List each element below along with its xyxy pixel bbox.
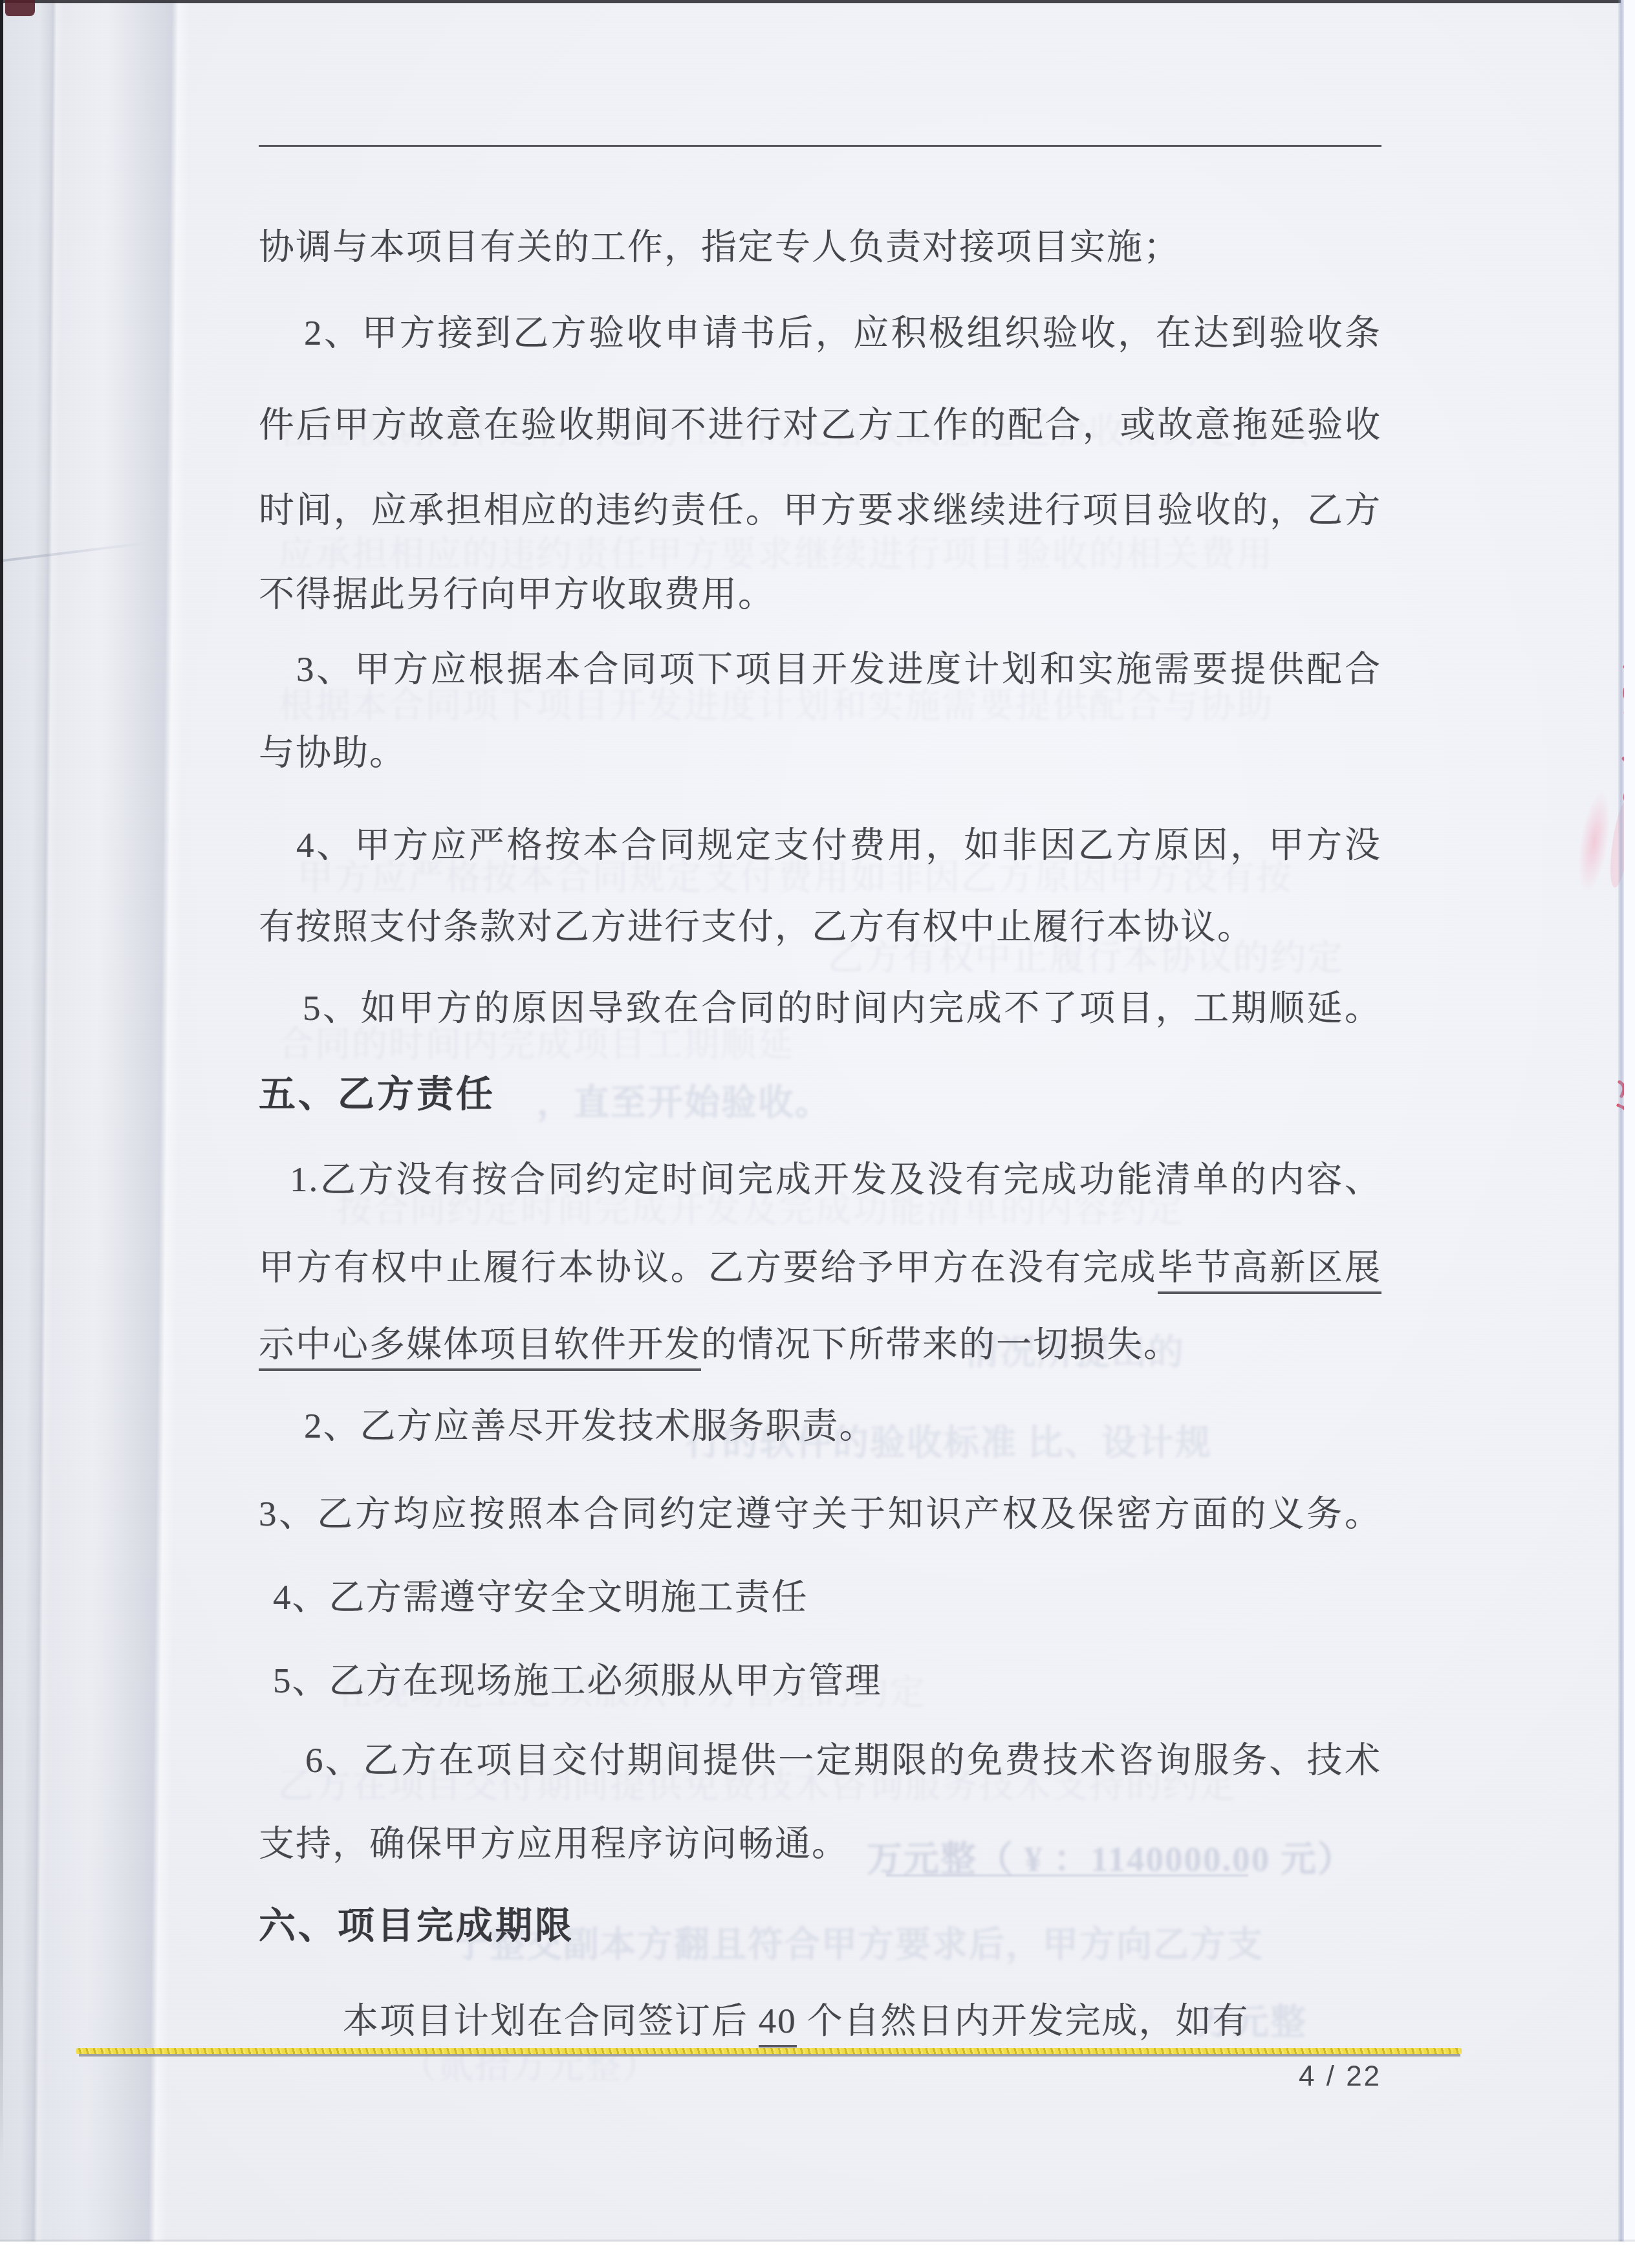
text-segment: 六、项目完成期限 <box>259 1906 574 1947</box>
text-segment: 与协助。 <box>259 733 406 772</box>
bleedthrough-text: ，直至开始验收。 <box>537 1074 832 1125</box>
text-segment: 5、如甲方的原因导致在合同的时间内完成不了项目，工期顺延。 <box>303 988 1381 1028</box>
text-line: 5、乙方在现场施工必须服从甲方管理 <box>273 1652 882 1703</box>
text-line: 4、乙方需遵守安全文明施工责任 <box>273 1568 808 1619</box>
text-line: 1.乙方没有按合同约定时间完成开发及没有完成功能清单的内容、 <box>290 1150 1381 1202</box>
text-line: 2、乙方应善尽开发技术服务职责。 <box>304 1397 876 1448</box>
text-segment: 的情况下所带来的一切损失。 <box>701 1324 1180 1364</box>
page-right-edge <box>1618 0 1624 2241</box>
text-segment: 3、乙方均应按照本合同约定遵守关于知识产权及保密方面的义务。 <box>259 1494 1381 1533</box>
text-segment: 本项目计划在合同签订后 <box>343 2001 759 2040</box>
text-segment: 协调与本项目有关的工作，指定专人负责对接项目实施； <box>259 227 1180 266</box>
text-line: 协调与本项目有关的工作，指定专人负责对接项目实施； <box>259 218 1180 269</box>
underlined-text: 示中心多媒体项目软件开发 <box>259 1324 701 1371</box>
corner-mark <box>5 0 35 16</box>
text-segment: 2、甲方接到乙方验收申请书后，应积极组织验收，在达到验收条 <box>304 313 1381 352</box>
text-segment: 1.乙方没有按合同约定时间完成开发及没有完成功能清单的内容、 <box>290 1160 1381 1199</box>
scan-right-margin <box>1624 0 1635 2241</box>
text-segment: 件后甲方故意在验收期间不进行对乙方工作的配合，或故意拖延验收 <box>259 405 1381 444</box>
text-line: 件后甲方故意在验收期间不进行对乙方工作的配合，或故意拖延验收 <box>259 396 1381 447</box>
bleedthrough-underline <box>886 1874 1248 1877</box>
bleedthrough-text: 于整交副本方翻且符合甲方要求后，甲方向乙方支 <box>453 1916 1264 1967</box>
text-line: 甲方有权中止履行本协议。乙方要给予甲方在没有完成毕节高新区展 <box>259 1238 1381 1290</box>
text-line: 不得据此另行向甲方收取费用。 <box>259 565 775 616</box>
text-line: 3、甲方应根据本合同项下项目开发进度计划和实施需要提供配合 <box>296 640 1381 691</box>
text-segment: 不得据此另行向甲方收取费用。 <box>259 574 775 614</box>
yellow-highlight-line <box>76 2048 1462 2054</box>
text-segment: 4、乙方需遵守安全文明施工责任 <box>273 1577 808 1617</box>
text-segment: 4、甲方应严格按本合同规定支付费用，如非因乙方原因，甲方没 <box>296 825 1381 865</box>
underlined-text: 40 <box>759 2001 797 2047</box>
header-rule <box>259 145 1381 147</box>
text-line: 与协助。 <box>259 724 406 775</box>
text-segment: 有按照支付条款对乙方进行支付，乙方有权中止履行本协议。 <box>259 907 1254 946</box>
section-heading: 五、乙方责任 <box>259 1064 495 1118</box>
text-segment: 时间，应承担相应的违约责任。甲方要求继续进行项目验收的，乙方 <box>259 490 1381 530</box>
yellow-highlight-shadow <box>79 2054 1460 2057</box>
text-segment: 甲方有权中止履行本协议。乙方要给予甲方在没有完成 <box>259 1247 1158 1287</box>
section-heading: 六、项目完成期限 <box>259 1896 574 1949</box>
text-line: 有按照支付条款对乙方进行支付，乙方有权中止履行本协议。 <box>259 898 1254 949</box>
text-segment: 支持，确保甲方应用程序访问畅通。 <box>259 1824 849 1863</box>
scan-edge-top <box>0 0 1621 3</box>
text-line: 4、甲方应严格按本合同规定支付费用，如非因乙方原因，甲方没 <box>296 816 1381 867</box>
text-line: 2、甲方接到乙方验收申请书后，应积极组织验收，在达到验收条 <box>304 304 1381 355</box>
scanned-contract-page: 在验收期间不进行对乙方工作的配合或故意拖延验收的约定事项应承担相应的违约责任甲方… <box>0 0 1635 2241</box>
text-line: 支持，确保甲方应用程序访问畅通。 <box>259 1815 849 1866</box>
text-line: 示中心多媒体项目软件开发的情况下所带来的一切损失。 <box>259 1315 1180 1366</box>
underlined-text: 毕节高新区展 <box>1158 1247 1381 1294</box>
text-segment: 五、乙方责任 <box>259 1074 495 1115</box>
text-line: 6、乙方在项目交付期间提供一定期限的免费技术咨询服务、技术 <box>305 1731 1381 1782</box>
text-line: 时间，应承担相应的违约责任。甲方要求继续进行项目验收的，乙方 <box>259 481 1381 532</box>
page-number: 4 / 22 <box>1299 2060 1381 2093</box>
text-segment: 个自然日内开发完成，如有 <box>797 2001 1250 2040</box>
scan-edge-left <box>0 0 3 2166</box>
text-line: 3、乙方均应按照本合同约定遵守关于知识产权及保密方面的义务。 <box>259 1485 1381 1536</box>
text-segment: 5、乙方在现场施工必须服从甲方管理 <box>273 1661 882 1700</box>
text-line: 5、如甲方的原因导致在合同的时间内完成不了项目，工期顺延。 <box>303 979 1381 1030</box>
text-line: 本项目计划在合同签订后 40 个自然日内开发完成，如有 <box>343 1992 1250 2043</box>
bleedthrough-text: （贰拾万元整） <box>401 2037 659 2088</box>
text-segment: 6、乙方在项目交付期间提供一定期限的免费技术咨询服务、技术 <box>305 1740 1381 1780</box>
text-segment: 3、甲方应根据本合同项下项目开发进度计划和实施需要提供配合 <box>296 649 1381 689</box>
text-segment: 2、乙方应善尽开发技术服务职责。 <box>304 1406 876 1445</box>
